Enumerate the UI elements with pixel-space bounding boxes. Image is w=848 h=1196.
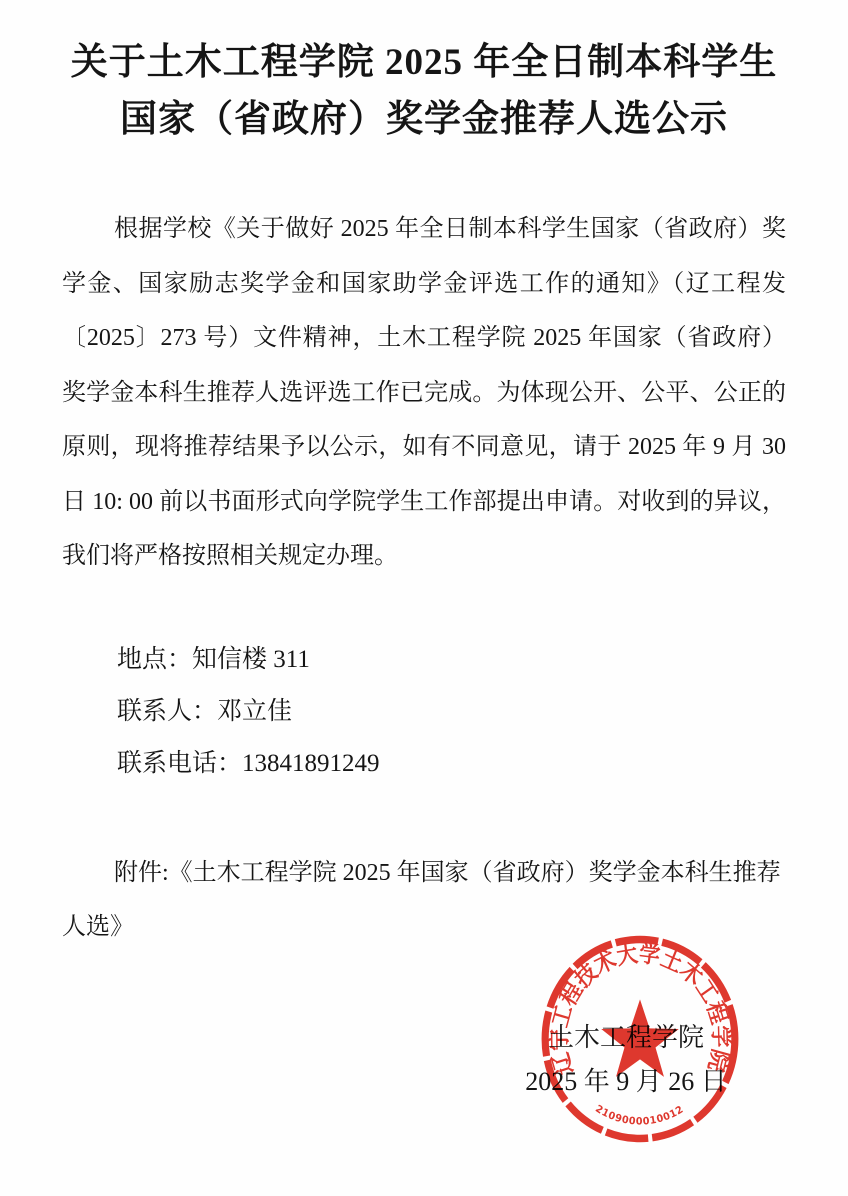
title-line-1: 关于土木工程学院 2025 年全日制本科学生 [0, 34, 848, 91]
body-line: 根据学校《关于做好 2025 年全日制本科学生国家（省政府）奖 [62, 202, 786, 257]
body-line: 奖学金本科生推荐人选评选工作已完成。为体现公开、公平、公正的 [62, 366, 786, 421]
body-line: 学金、国家励志奖学金和国家助学金评选工作的通知》（辽工程发 [62, 257, 786, 312]
body-line: 我们将严格按照相关规定办理。 [62, 529, 786, 584]
body-line: 原则，现将推荐结果予以公示，如有不同意见，请于 2025 年 9 月 30 [62, 420, 786, 475]
attachment-line: 人选》 [62, 900, 786, 954]
document-page: 关于土木工程学院 2025 年全日制本科学生 国家（省政府）奖学金推荐人选公示 … [0, 0, 848, 1196]
signature-date: 2025 年 9 月 26 日 [498, 1060, 754, 1104]
body-line: 〔2025〕273 号）文件精神，土木工程学院 2025 年国家（省政府） [62, 311, 786, 366]
contact-phone-label: 联系电话： [117, 750, 242, 777]
body-paragraph: 根据学校《关于做好 2025 年全日制本科学生国家（省政府）奖 学金、国家励志奖… [62, 202, 786, 584]
contact-location: 地点：知信楼 311 [117, 634, 786, 686]
signature-org: 土木工程学院 [498, 1016, 754, 1060]
contact-location-value: 知信楼 311 [192, 646, 310, 673]
contact-person-value: 邓立佳 [217, 698, 292, 725]
signature-block: 土木工程学院 2025 年 9 月 26 日 [498, 1016, 754, 1104]
page-title: 关于土木工程学院 2025 年全日制本科学生 国家（省政府）奖学金推荐人选公示 [0, 34, 848, 148]
attachment-block: 附件:《土木工程学院 2025 年国家（省政府）奖学金本科生推荐 人选》 [62, 846, 786, 954]
title-line-2: 国家（省政府）奖学金推荐人选公示 [0, 91, 848, 148]
attachment-line: 附件:《土木工程学院 2025 年国家（省政府）奖学金本科生推荐 [62, 846, 786, 900]
contact-phone: 联系电话：13841891249 [117, 738, 786, 790]
contact-phone-value: 13841891249 [242, 750, 380, 777]
contact-block: 地点：知信楼 311 联系人：邓立佳 联系电话：13841891249 [62, 634, 786, 790]
contact-location-label: 地点： [117, 646, 192, 673]
contact-person: 联系人：邓立佳 [117, 686, 786, 738]
contact-person-label: 联系人： [117, 698, 217, 725]
body-line: 日 10: 00 前以书面形式向学院学生工作部提出申请。对收到的异议， [62, 475, 786, 530]
